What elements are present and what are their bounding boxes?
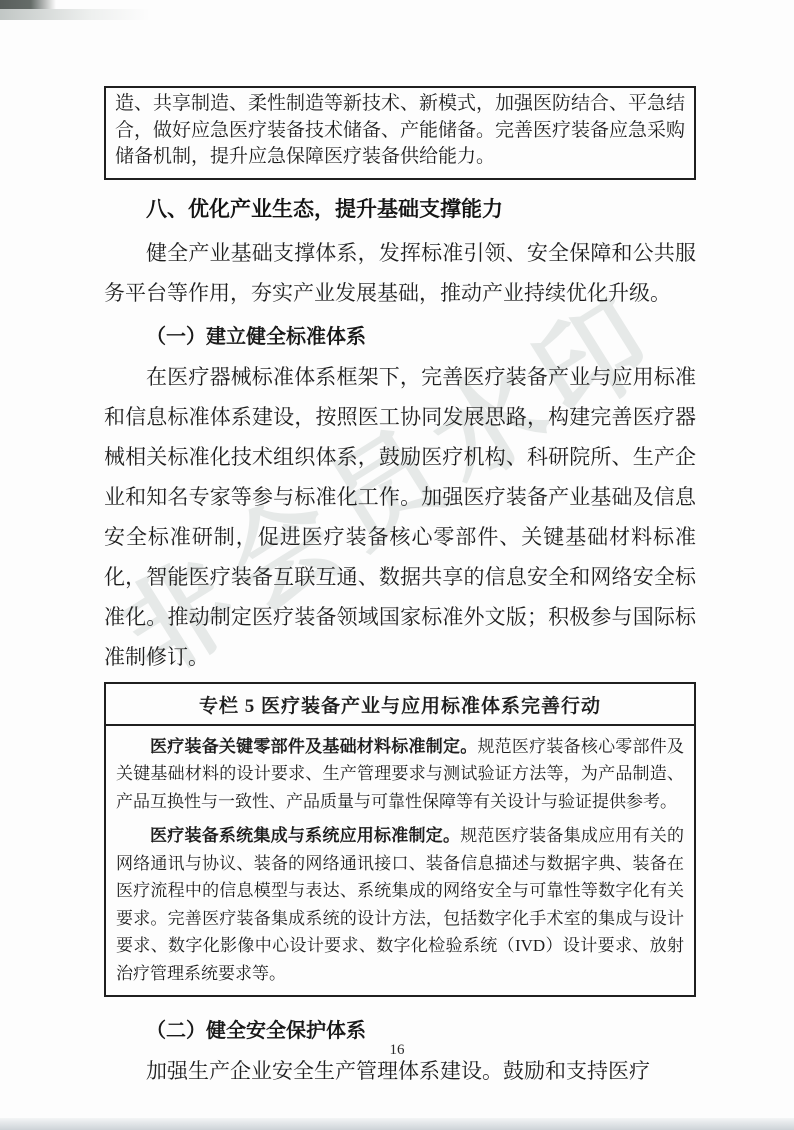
column-5-box: 专栏 5 医疗装备产业与应用标准体系完善行动 医疗装备关键零部件及基础材料标准制… (104, 682, 696, 998)
document-page: 非会员水印 造、共享制造、柔性制造等新技术、新模式，加强医防结合、平急结合，做好… (0, 0, 794, 1130)
column-5-item-lead: 医疗装备关键零部件及基础材料标准制定。 (150, 737, 477, 756)
column-5-item: 医疗装备系统集成与系统应用标准制定。规范医疗装备集成应用有关的网络通讯与协议、装… (116, 822, 684, 987)
column-5-item-text: 规范医疗装备集成应用有关的网络通讯与协议、装备的网络通讯接口、装备信息描述与数据… (116, 826, 684, 983)
column-5-body: 医疗装备关键零部件及基础材料标准制定。规范医疗装备核心零部件及关键基础材料的设计… (106, 726, 694, 996)
column-5-item: 医疗装备关键零部件及基础材料标准制定。规范医疗装备核心零部件及关键基础材料的设计… (116, 733, 684, 816)
continued-text-box: 造、共享制造、柔性制造等新技术、新模式，加强医防结合、平急结合，做好应急医疗装备… (104, 86, 696, 180)
scan-shadow-bottom-edge (0, 1118, 794, 1130)
column-5-item-lead: 医疗装备系统集成与系统应用标准制定。 (150, 826, 460, 845)
page-number: 16 (0, 1042, 794, 1059)
subsection-1-heading: （一）建立健全标准体系 (104, 317, 696, 357)
column-5-title: 专栏 5 医疗装备产业与应用标准体系完善行动 (106, 684, 694, 726)
section-intro-paragraph: 健全产业基础支撑体系，发挥标准引领、安全保障和公共服务平台等作用，夯实产业发展基… (104, 233, 696, 313)
section-heading: 八、优化产业生态，提升基础支撑能力 (104, 195, 696, 225)
scan-smudge-top-left-faint (0, 9, 150, 20)
scan-smudge-top-left (0, 0, 56, 9)
continued-text: 造、共享制造、柔性制造等新技术、新模式，加强医防结合、平急结合，做好应急医疗装备… (115, 93, 685, 167)
subsection-1-paragraph: 在医疗器械标准体系框架下，完善医疗装备产业与应用标准和信息标准体系建设，按照医工… (104, 357, 696, 677)
page-content: 造、共享制造、柔性制造等新技术、新模式，加强医防结合、平急结合，做好应急医疗装备… (104, 86, 696, 1091)
